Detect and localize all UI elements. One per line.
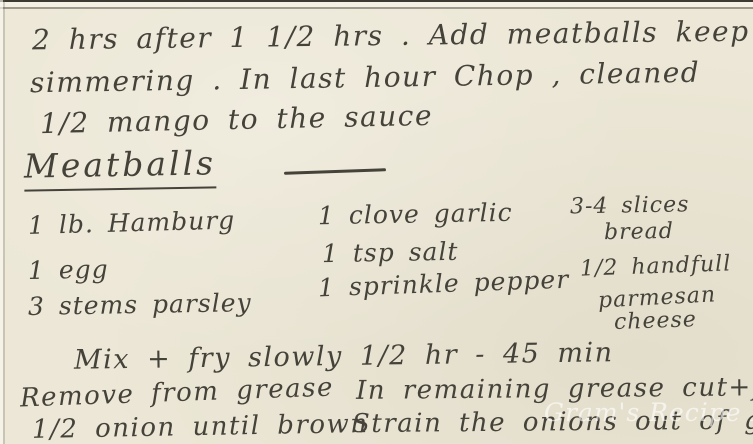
recipe-line-onion-brown: 1/2 onion until brown: [32, 410, 369, 444]
card-left-edge-shadow: [3, 0, 5, 444]
section-heading-meatballs: Meatballs: [24, 144, 217, 191]
ingredient-pepper: 1 sprinkle pepper: [318, 265, 570, 303]
ingredient-column-1: 1 lb. Hamburg 1 egg 3 stems parsley: [28, 208, 252, 319]
recipe-line-last-hour: simmering . In last hour Chop , cleaned: [30, 57, 701, 100]
ingredient-column-2: 1 clove garlic 1 tsp salt 1 sprinkle pep…: [318, 199, 569, 298]
recipe-line-remove-grease: Remove from grease: [20, 374, 335, 415]
card-top-edge-shadow: [0, 7, 753, 9]
ingredient-parsley: 3 stems parsley: [28, 288, 252, 321]
ingredient-column-3: 3-4 slices bread 1/2 handfull parmesan c…: [570, 193, 731, 334]
ingredient-bread-slices: 3-4 slices: [570, 192, 732, 221]
recipe-card-photo: 2 hrs after 1 1/2 hrs . Add meatballs ke…: [0, 0, 753, 444]
ingredient-bread: bread: [604, 218, 732, 246]
ingredient-hamburg: 1 lb. Hamburg: [28, 205, 252, 240]
recipe-line-mix-fry: Mix + fry slowly 1/2 hr - 45 min: [74, 337, 614, 376]
ingredient-egg: 1 egg: [28, 252, 252, 285]
watermark-grams-recipe-box: Gram's Recipe Box: [544, 398, 753, 427]
heading-dash: [284, 168, 386, 175]
ingredient-handfull: 1/2 handfull: [580, 251, 732, 282]
ingredient-salt: 1 tsp salt: [322, 235, 570, 268]
recipe-line-mango-sauce: 1/2 mango to the sauce: [40, 100, 434, 140]
ingredient-garlic: 1 clove garlic: [318, 197, 570, 230]
recipe-line-simmer-time: 2 hrs after 1 1/2 hrs . Add meatballs ke…: [32, 16, 750, 57]
ingredient-cheese: cheese: [614, 306, 732, 336]
